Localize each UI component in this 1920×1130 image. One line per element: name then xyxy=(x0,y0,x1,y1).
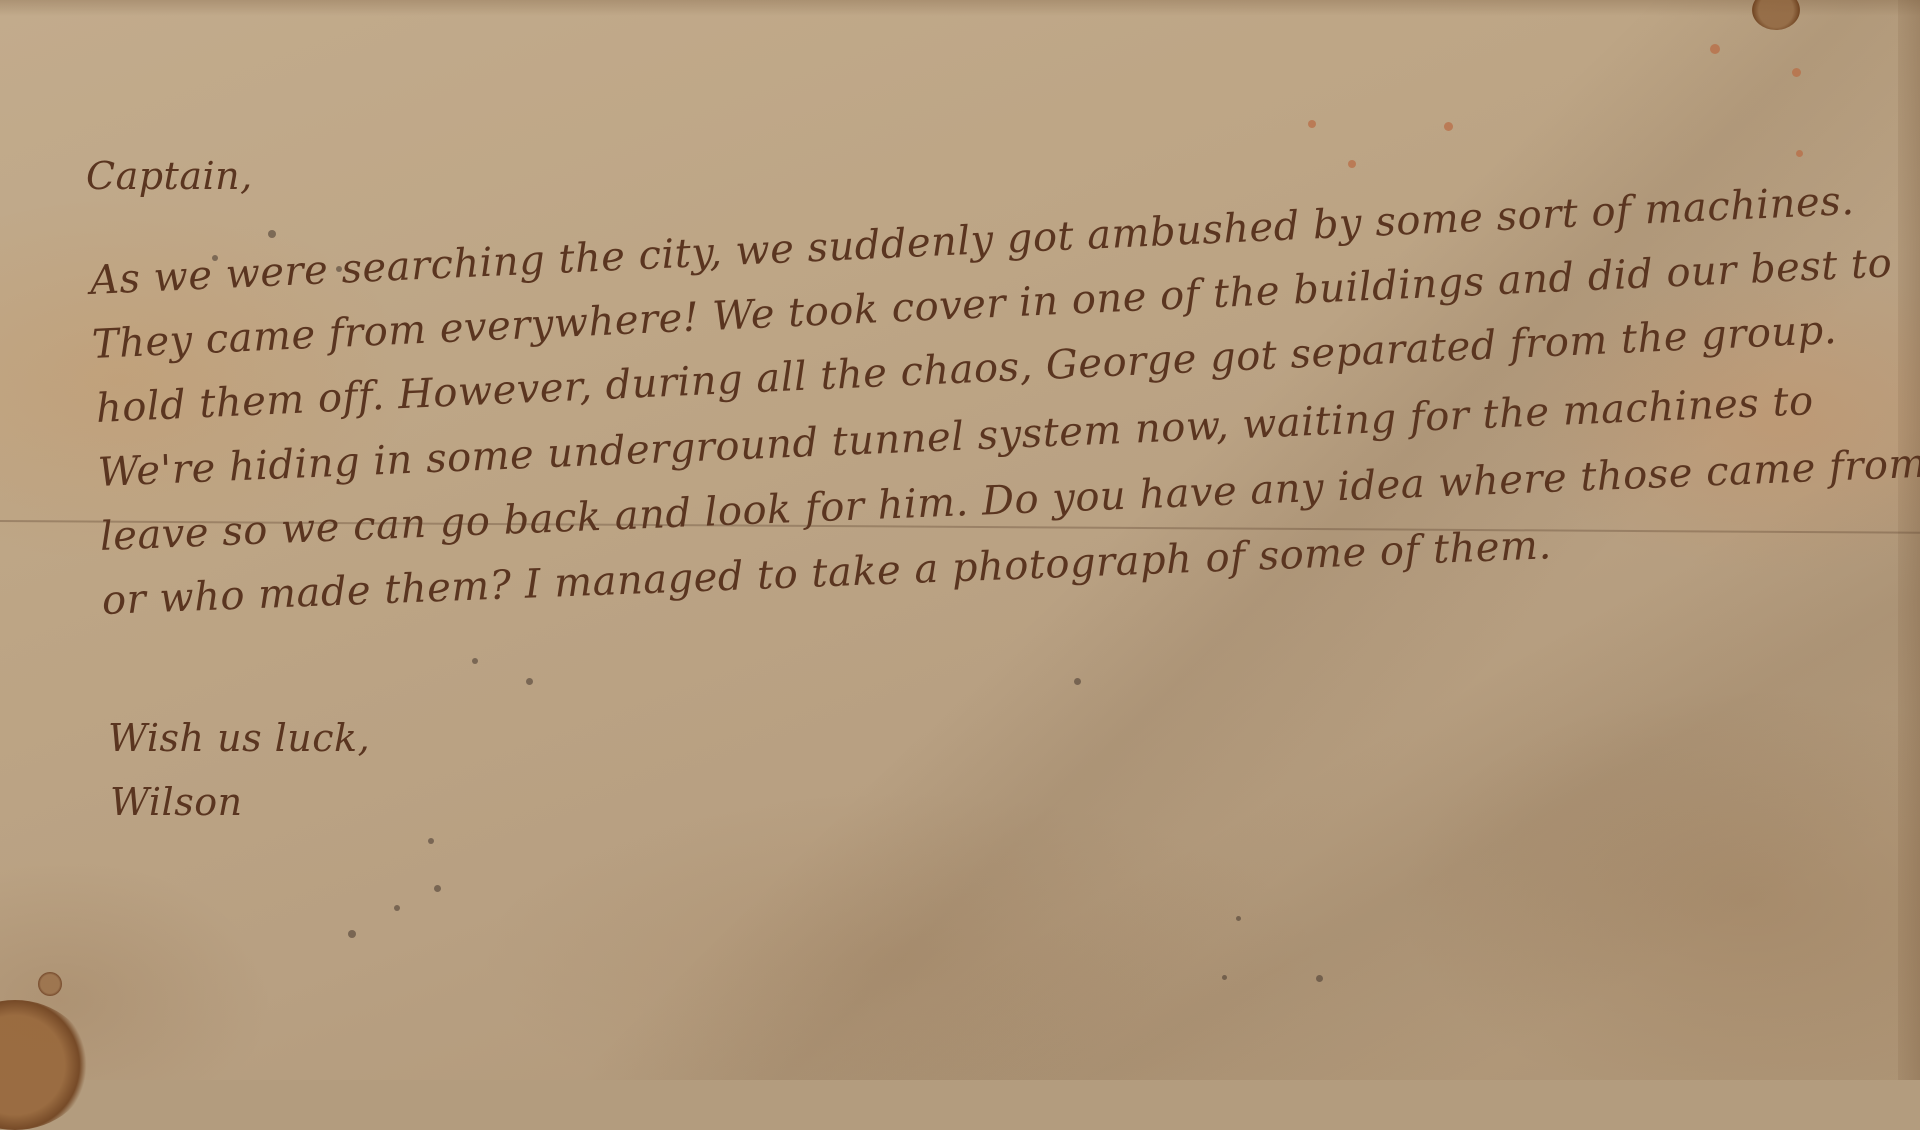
handwritten-letter: Captain, As we were searching the city, … xyxy=(0,0,1920,1080)
letter-closing: Wish us luck, xyxy=(108,716,370,760)
letter-salutation: Captain, xyxy=(86,154,253,198)
letter-signature: Wilson xyxy=(110,780,243,824)
